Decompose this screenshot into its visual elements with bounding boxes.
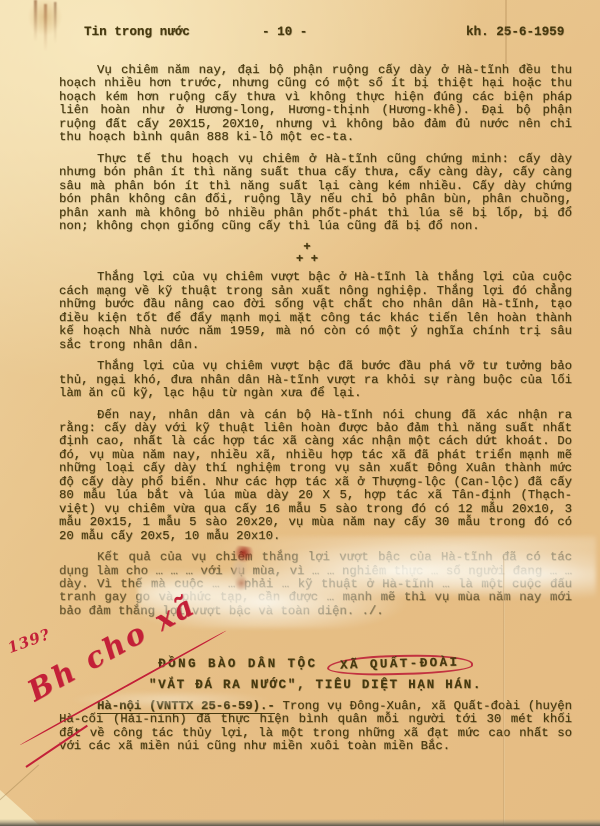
scanned-document-page: Tin trong nước - 10 - kh. 25-6-1959 Vụ c… (0, 0, 600, 826)
section-separator: + + + (247, 241, 367, 265)
article-heading: ĐỒNG BÀO DÂN TỘC XÃ QUẤT-ĐOÀI "VẮT ĐÁ RA… (59, 655, 572, 692)
paper-crease-right (503, 556, 505, 826)
header-section-title: Tin trong nước (84, 25, 190, 39)
red-circled-commune-name: XÃ QUẤT-ĐOÀI (327, 653, 473, 677)
rust-stain (28, 0, 66, 56)
article-title-prefix: ĐỒNG BÀO DÂN TỘC (158, 657, 317, 671)
handwritten-red-number: 139? (5, 625, 53, 657)
paragraph-harvest-proof: Thực tế thu hoạch vụ chiêm ở Hà-tĩnh cũn… (59, 153, 572, 234)
paragraph-victory-meaning: Thắng lợi của vụ chiêm vượt bậc ở Hà-tĩn… (59, 271, 572, 352)
header-page-number: - 10 - (262, 25, 307, 39)
paper-crease-top-right (505, 0, 507, 64)
separator-plus-bottom: + + (247, 253, 367, 265)
scan-bottom-edge (0, 819, 600, 826)
paragraph-breaking-conservatism: Thắng lợi của vụ chiêm vượt bậc đã bước … (59, 360, 572, 400)
article-title-line: ĐỒNG BÀO DÂN TỘC XÃ QUẤT-ĐOÀI (59, 655, 572, 675)
document-body: Vụ chiêm năm nay, đại bộ phận ruộng cấy … (59, 64, 572, 762)
paragraph-harvest-results: Vụ chiêm năm nay, đại bộ phận ruộng cấy … (59, 64, 572, 145)
paragraph-quatdoai-news: Hà-nội (VNTTX 25-6-59).- Trong vụ Đông-X… (59, 700, 572, 754)
header-date-stamp: kh. 25-6-1959 (466, 25, 564, 39)
paragraph-cooperatives-stats: Đến nay, nhân dân và cán bộ Hà-tĩnh nói … (59, 409, 572, 544)
